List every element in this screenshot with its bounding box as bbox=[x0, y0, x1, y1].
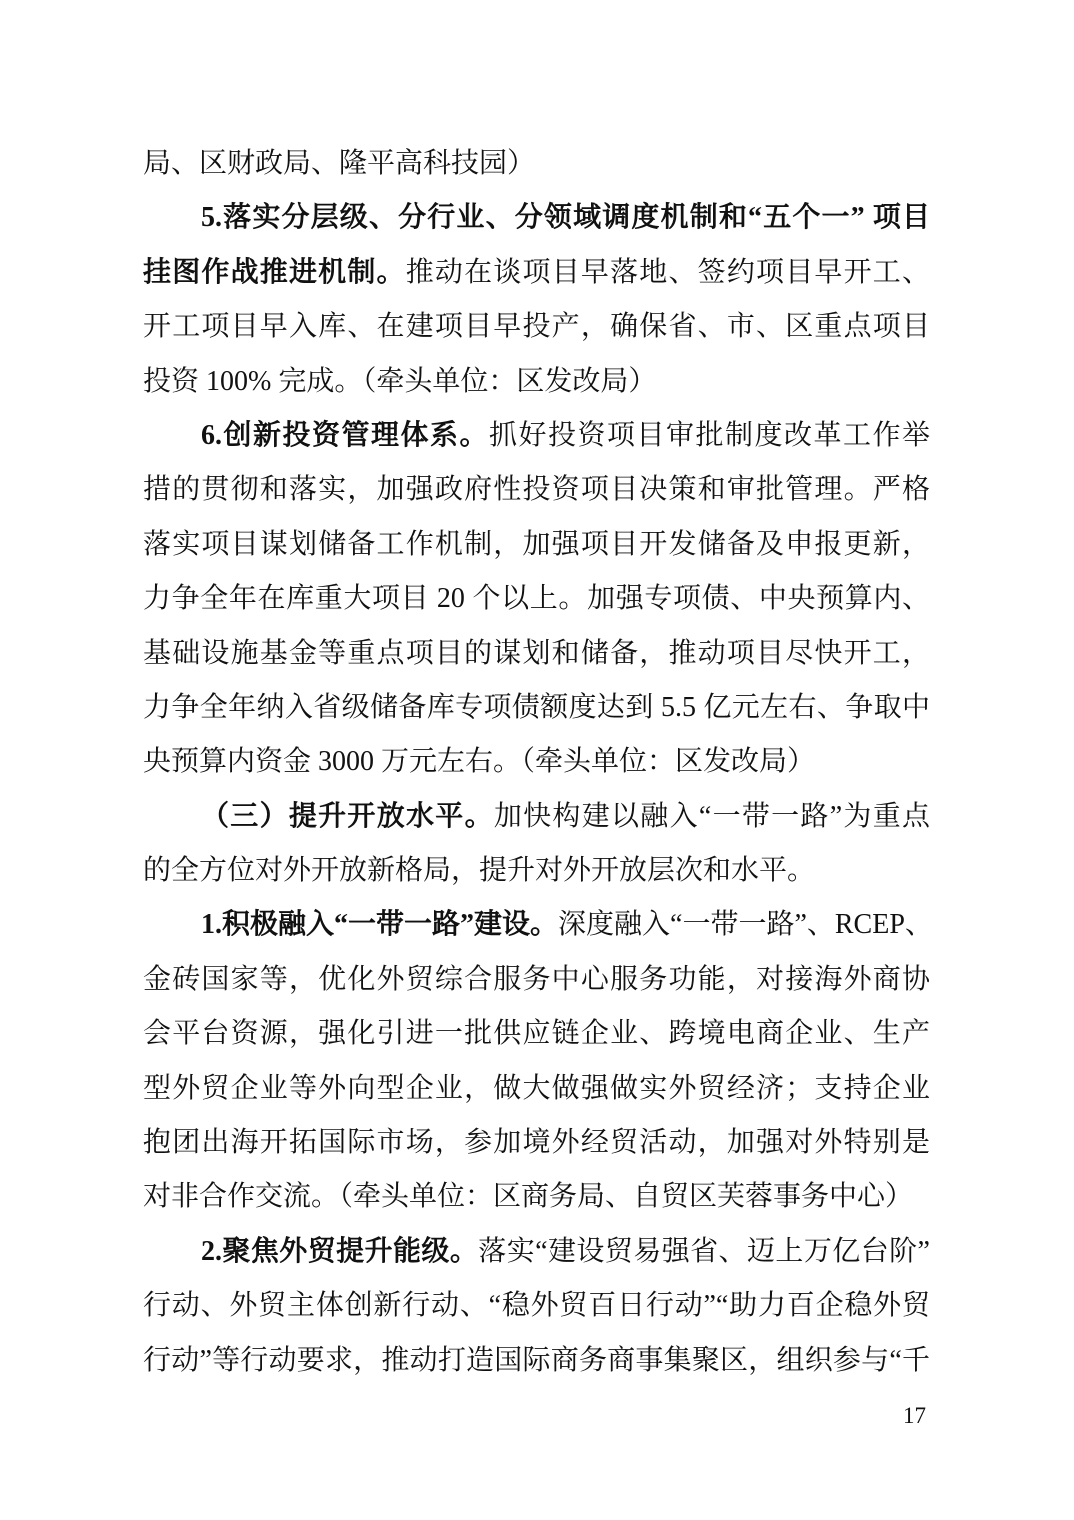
text-line: 挂图作战推进机制。推动在谈项目早落地、签约项目早开工、 bbox=[143, 246, 930, 300]
text-run: 推动在谈项目早落地、签约项目早开工、 bbox=[406, 257, 930, 288]
bold-text-run: 5.落实分层级、分行业、分领域调度机制和“五个一” 项目 bbox=[201, 202, 930, 233]
document-page: 局、区财政局、隆平高科技园）5.落实分层级、分行业、分领域调度机制和“五个一” … bbox=[0, 0, 1074, 1520]
text-run: 型外贸企业等外向型企业，做大做强做实外贸经济；支持企业 bbox=[143, 1073, 930, 1104]
text-line: 行动、外贸主体创新行动、“稳外贸百日行动”“助力百企稳外贸 bbox=[143, 1279, 930, 1333]
text-run: 央预算内资金 3000 万元左右。（牵头单位：区发改局） bbox=[143, 746, 815, 777]
text-run: 会平台资源，强化引进一批供应链企业、跨境电商企业、生产 bbox=[143, 1018, 930, 1049]
text-run: 开工项目早入库、在建项目早投产，确保省、市、区重点项目 bbox=[143, 311, 930, 342]
text-line: 落实项目谋划储备工作机制，加强项目开发储备及申报更新， bbox=[143, 518, 930, 572]
text-line: 2.聚焦外贸提升能级。落实“建设贸易强省、迈上万亿台阶” bbox=[143, 1225, 930, 1279]
bold-text-run: 2.聚焦外贸提升能级。 bbox=[201, 1236, 478, 1267]
text-line: 的全方位对外开放新格局，提升对外开放层次和水平。 bbox=[143, 844, 930, 898]
text-line: （三）提升开放水平。加快构建以融入“一带一路”为重点 bbox=[143, 790, 930, 844]
page-number: 17 bbox=[903, 1400, 926, 1432]
text-run: 抓好投资项目审批制度改革工作举 bbox=[489, 420, 930, 451]
text-run: 抱团出海开拓国际市场，参加境外经贸活动，加强对外特别是 bbox=[143, 1127, 930, 1158]
text-line: 5.落实分层级、分行业、分领域调度机制和“五个一” 项目 bbox=[143, 191, 930, 245]
text-line: 局、区财政局、隆平高科技园） bbox=[143, 137, 930, 191]
text-run: 力争全年纳入省级储备库专项债额度达到 5.5 亿元左右、争取中 bbox=[143, 692, 930, 723]
text-run: 深度融入“一带一路”、RCEP、 bbox=[558, 909, 930, 940]
text-run: 对非合作交流。（牵头单位：区商务局、自贸区芙蓉事务中心） bbox=[143, 1181, 913, 1212]
text-line: 6.创新投资管理体系。抓好投资项目审批制度改革工作举 bbox=[143, 409, 930, 463]
bold-text-run: （三）提升开放水平。 bbox=[201, 801, 494, 832]
text-run: 行动、外贸主体创新行动、“稳外贸百日行动”“助力百企稳外贸 bbox=[143, 1290, 930, 1321]
bold-text-run: 挂图作战推进机制。 bbox=[143, 257, 406, 288]
text-run: 金砖国家等，优化外贸综合服务中心服务功能，对接海外商协 bbox=[143, 964, 930, 995]
text-line: 央预算内资金 3000 万元左右。（牵头单位：区发改局） bbox=[143, 735, 930, 789]
text-line: 行动”等行动要求，推动打造国际商务商事集聚区，组织参与“千 bbox=[143, 1334, 930, 1388]
bold-text-run: 1.积极融入“一带一路”建设。 bbox=[201, 909, 558, 940]
text-run: 的全方位对外开放新格局，提升对外开放层次和水平。 bbox=[143, 855, 815, 886]
text-run: 局、区财政局、隆平高科技园） bbox=[143, 148, 535, 179]
text-line: 措的贯彻和落实，加强政府性投资项目决策和审批管理。严格 bbox=[143, 463, 930, 517]
text-line: 基础设施基金等重点项目的谋划和储备，推动项目尽快开工， bbox=[143, 627, 930, 681]
text-run: 落实项目谋划储备工作机制，加强项目开发储备及申报更新， bbox=[143, 529, 930, 560]
text-run: 投资 100% 完成。（牵头单位：区发改局） bbox=[143, 366, 656, 397]
text-line: 力争全年在库重大项目 20 个以上。加强专项债、中央预算内、 bbox=[143, 572, 930, 626]
text-line: 型外贸企业等外向型企业，做大做强做实外贸经济；支持企业 bbox=[143, 1062, 930, 1116]
text-line: 对非合作交流。（牵头单位：区商务局、自贸区芙蓉事务中心） bbox=[143, 1170, 930, 1224]
text-run: 加快构建以融入“一带一路”为重点 bbox=[494, 801, 930, 832]
text-line: 开工项目早入库、在建项目早投产，确保省、市、区重点项目 bbox=[143, 300, 930, 354]
text-run: 落实“建设贸易强省、迈上万亿台阶” bbox=[478, 1236, 930, 1267]
text-line: 抱团出海开拓国际市场，参加境外经贸活动，加强对外特别是 bbox=[143, 1116, 930, 1170]
text-line: 金砖国家等，优化外贸综合服务中心服务功能，对接海外商协 bbox=[143, 953, 930, 1007]
bold-text-run: 6.创新投资管理体系。 bbox=[201, 420, 489, 451]
text-run: 力争全年在库重大项目 20 个以上。加强专项债、中央预算内、 bbox=[143, 583, 930, 614]
text-run: 基础设施基金等重点项目的谋划和储备，推动项目尽快开工， bbox=[143, 638, 930, 669]
document-body: 局、区财政局、隆平高科技园）5.落实分层级、分行业、分领域调度机制和“五个一” … bbox=[143, 137, 930, 1388]
text-run: 行动”等行动要求，推动打造国际商务商事集聚区，组织参与“千 bbox=[143, 1345, 930, 1376]
text-line: 力争全年纳入省级储备库专项债额度达到 5.5 亿元左右、争取中 bbox=[143, 681, 930, 735]
text-run: 措的贯彻和落实，加强政府性投资项目决策和审批管理。严格 bbox=[143, 474, 930, 505]
text-line: 会平台资源，强化引进一批供应链企业、跨境电商企业、生产 bbox=[143, 1007, 930, 1061]
text-line: 投资 100% 完成。（牵头单位：区发改局） bbox=[143, 355, 930, 409]
text-line: 1.积极融入“一带一路”建设。深度融入“一带一路”、RCEP、 bbox=[143, 898, 930, 952]
